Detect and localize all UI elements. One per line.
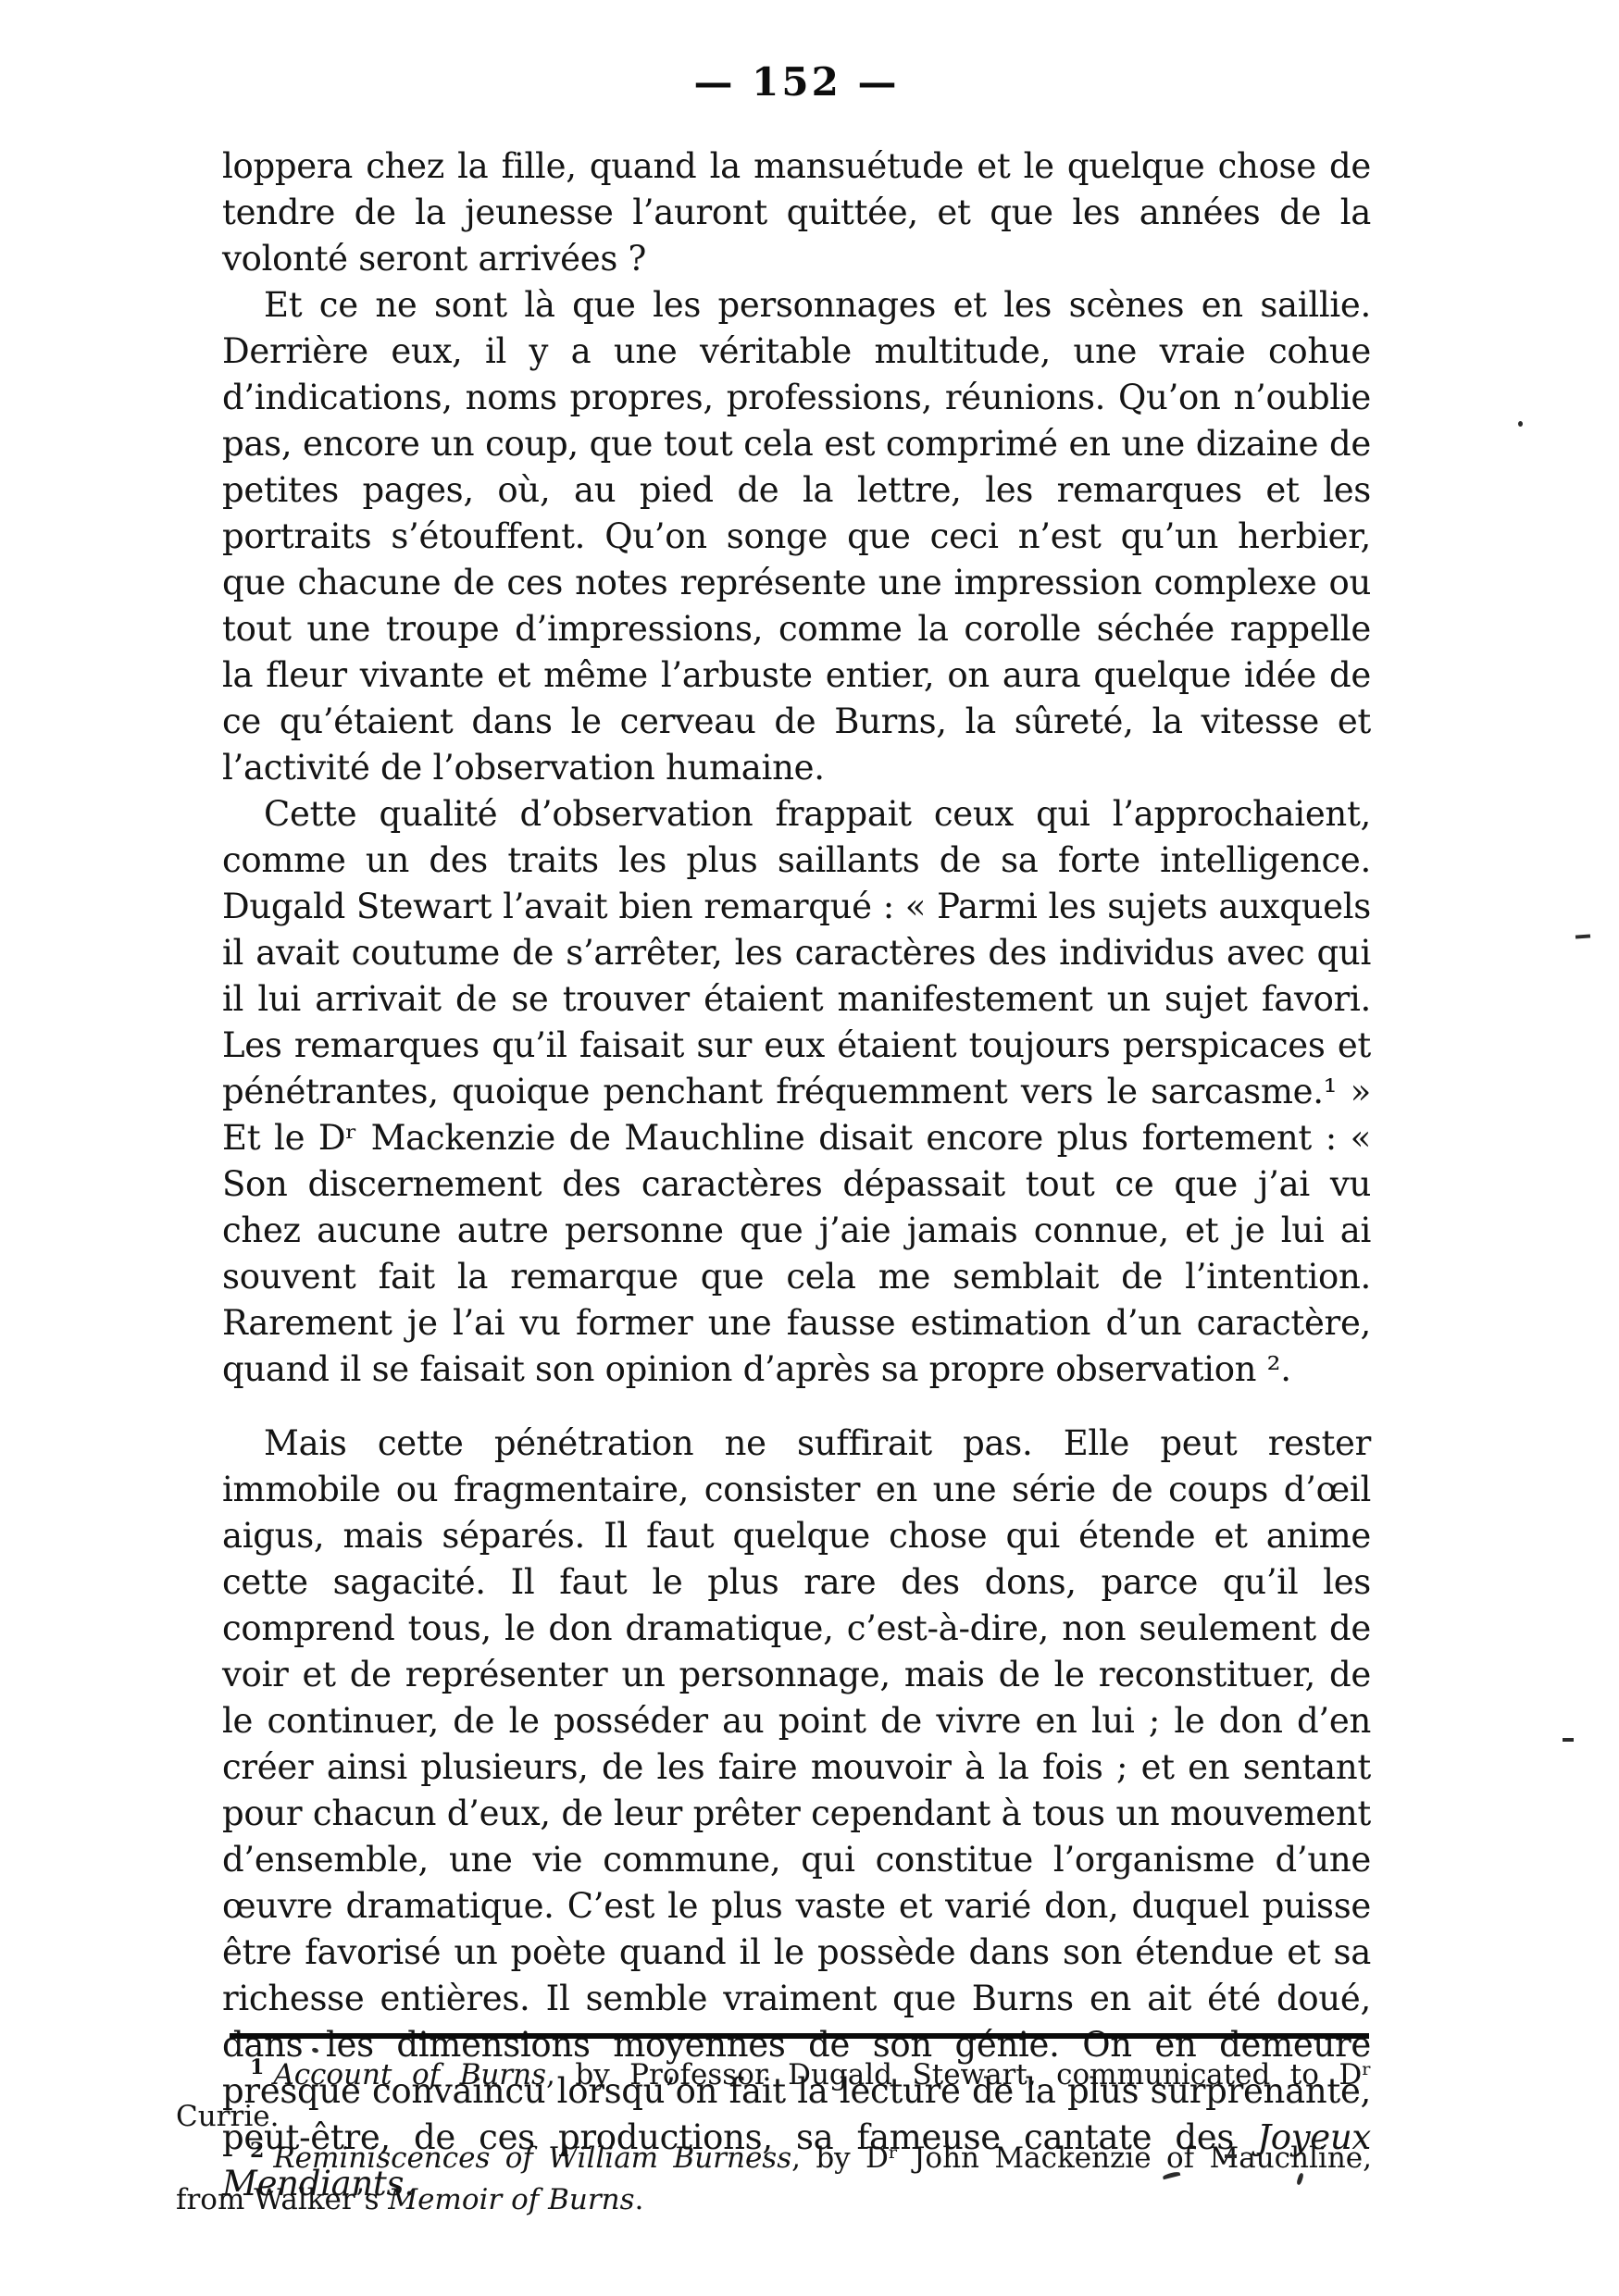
footnote-1-marker: 1 xyxy=(250,2055,264,2079)
book-page: — 152 — loppera chez la fille, quand la … xyxy=(0,0,1619,2296)
scan-speck xyxy=(1225,2154,1237,2158)
footnote-2: 2Reminiscences of William Burness, by Dʳ… xyxy=(176,2138,1372,2221)
footnote-rule xyxy=(230,2033,1369,2039)
footnote-2-title-italic: Reminiscences of William Burness xyxy=(273,2141,791,2175)
scan-speck xyxy=(1575,934,1590,938)
footnote-1: 1Account of Burns, by Professor Dugald S… xyxy=(176,2054,1372,2138)
footnote-2-marker: 2 xyxy=(250,2139,264,2163)
paragraph-3: Cette qualité d’observation frappait ceu… xyxy=(222,791,1371,1393)
scan-speck xyxy=(1518,421,1523,427)
footnote-2-end: . xyxy=(635,2183,644,2216)
paragraph-4-text: Mais cette pénétration ne suffirait pas.… xyxy=(222,1423,1371,2157)
footnote-2-title2-italic: Memoir of Burns xyxy=(388,2183,634,2216)
paragraph-2: Et ce ne sont là que les personnages et … xyxy=(222,282,1371,791)
scan-speck xyxy=(1563,1738,1574,1742)
footnote-1-title-italic: Account of Burns xyxy=(273,2058,546,2091)
page-number: — 152 — xyxy=(222,59,1371,105)
paragraph-1: loppera chez la fille, quand la mansuétu… xyxy=(222,143,1371,282)
footnotes-section: 1Account of Burns, by Professor Dugald S… xyxy=(176,2054,1372,2221)
text-block: loppera chez la fille, quand la mansuétu… xyxy=(222,143,1371,2207)
